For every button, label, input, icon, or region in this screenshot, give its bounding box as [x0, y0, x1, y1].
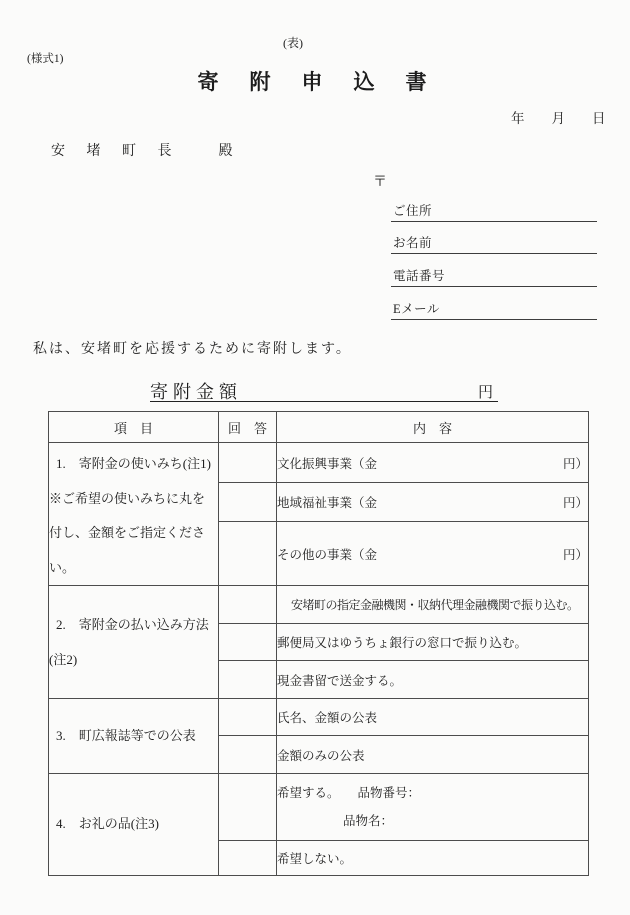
section-1-label-line: ※ご希望の使いみちに丸を	[49, 482, 218, 517]
content-welfare-project: 地域福祉事業（金 円）	[277, 483, 589, 522]
gift-item-name-label: 品物名：	[343, 807, 588, 835]
answer-column-header: 回 答	[219, 412, 277, 443]
date-month-label: 月	[552, 107, 566, 127]
sheet-side-label: (表)	[283, 34, 303, 51]
section-1-label-line: い。	[49, 551, 218, 586]
table-header-row: 項 目 回 答 内 容	[49, 412, 589, 443]
address-field-label: ご住所	[393, 201, 432, 219]
date-day-label: 日	[592, 107, 606, 127]
answer-cell-other-project[interactable]	[219, 522, 277, 586]
phone-field[interactable]: 電話番号	[391, 266, 597, 287]
postal-code-mark: 〒	[373, 171, 387, 191]
answer-cell-welfare-project[interactable]	[219, 483, 277, 522]
form-code-label: (様式1)	[27, 50, 63, 66]
section-1-item-cell: 1. 寄附金の使いみち(注1) ※ご希望の使いみちに丸を 付し、金額をご指定くだ…	[49, 443, 219, 586]
postoffice-transfer-label: 郵便局又はゆうちょ銀行の窓口で振り込む。	[277, 636, 527, 650]
table-row: 1. 寄附金の使いみち(注1) ※ご希望の使いみちに丸を 付し、金額をご指定くだ…	[49, 443, 589, 483]
content-bank-transfer: 安堵町の指定金融機関・収納代理金融機関で振り込む。	[277, 586, 589, 624]
donation-amount-unit: 円	[478, 386, 498, 401]
bank-transfer-label: 安堵町の指定金融機関・収納代理金融機関で振り込む。	[291, 598, 579, 612]
section-2-label-line: (注2)	[49, 642, 218, 677]
culture-amount-blank[interactable]	[377, 454, 563, 468]
donation-amount-field[interactable]: 寄附金額 円	[150, 379, 498, 402]
answer-cell-cash-registered-mail[interactable]	[219, 661, 277, 699]
addressee-line: 安 堵 町 長殿	[51, 140, 233, 160]
content-publish-amount-only: 金額のみの公表	[277, 736, 589, 774]
addressee-honorific: 殿	[219, 144, 233, 159]
answer-cell-gift-no[interactable]	[219, 841, 277, 876]
content-gift-yes: 希望する。品物番号： 品物名：	[277, 774, 589, 841]
cash-registered-mail-label: 現金書留で送金する。	[277, 674, 402, 688]
section-2-label-line: 2. 寄附金の払い込み方法	[49, 607, 218, 642]
table-row: 3. 町広報誌等での公表 氏名、金額の公表	[49, 699, 589, 736]
welfare-amount-unit: 円）	[563, 493, 588, 511]
item-column-header: 項 目	[49, 412, 219, 443]
section-3-label-line: 3. 町広報誌等での公表	[49, 719, 218, 754]
email-field[interactable]: Eメール	[391, 299, 597, 320]
table-row: 2. 寄附金の払い込み方法 (注2) 安堵町の指定金融機関・収納代理金融機関で振…	[49, 586, 589, 624]
content-publish-name-amount: 氏名、金額の公表	[277, 699, 589, 736]
content-gift-no: 希望しない。	[277, 841, 589, 876]
publish-name-amount-label: 氏名、金額の公表	[277, 711, 377, 725]
addressee-name: 安 堵 町 長	[51, 144, 181, 159]
email-field-label: Eメール	[393, 299, 440, 317]
content-postoffice-transfer: 郵便局又はゆうちょ銀行の窓口で振り込む。	[277, 624, 589, 661]
section-2-item-cell: 2. 寄附金の払い込み方法 (注2)	[49, 586, 219, 699]
welfare-amount-blank[interactable]	[377, 493, 563, 507]
section-4-label-line: 4. お礼の品(注3)	[49, 807, 218, 842]
content-cash-registered-mail: 現金書留で送金する。	[277, 661, 589, 699]
phone-field-label: 電話番号	[393, 266, 445, 284]
culture-amount-unit: 円）	[563, 454, 588, 472]
section-3-item-cell: 3. 町広報誌等での公表	[49, 699, 219, 774]
culture-project-label: 文化振興事業（金	[277, 454, 377, 472]
content-other-project: その他の事業（金 円）	[277, 522, 589, 586]
section-1-label-line: 1. 寄附金の使いみち(注1)	[49, 447, 218, 482]
section-1-label-line: 付し、金額をご指定くださ	[49, 516, 218, 551]
address-field[interactable]: ご住所	[391, 201, 597, 222]
welfare-project-label: 地域福祉事業（金	[277, 493, 377, 511]
declaration-text: 私は、安堵町を応援するために寄附します。	[33, 338, 352, 358]
donation-details-table: 項 目 回 答 内 容 1. 寄附金の使いみち(注1) ※ご希望の使いみちに丸を…	[48, 411, 589, 876]
gift-yes-label: 希望する。	[277, 786, 340, 800]
content-culture-project: 文化振興事業（金 円）	[277, 443, 589, 483]
other-amount-blank[interactable]	[377, 545, 563, 559]
donation-application-form: (様式1) (表) 寄附申込書 年 月 日 安 堵 町 長殿 〒 ご住所 お名前…	[0, 0, 630, 915]
donation-amount-label: 寄附金額	[150, 383, 242, 401]
answer-cell-publish-amount-only[interactable]	[219, 736, 277, 774]
answer-cell-postoffice-transfer[interactable]	[219, 624, 277, 661]
gift-item-number-label: 品物番号：	[358, 786, 421, 800]
answer-cell-publish-name-amount[interactable]	[219, 699, 277, 736]
other-project-label: その他の事業（金	[277, 545, 377, 563]
answer-cell-gift-yes[interactable]	[219, 774, 277, 841]
donation-amount-blank[interactable]	[242, 379, 478, 401]
answer-cell-bank-transfer[interactable]	[219, 586, 277, 624]
answer-cell-culture-project[interactable]	[219, 443, 277, 483]
page-title: 寄附申込書	[0, 66, 630, 96]
other-amount-unit: 円）	[563, 545, 588, 563]
name-field[interactable]: お名前	[391, 233, 597, 254]
date-year-label: 年	[511, 107, 525, 127]
content-column-header: 内 容	[277, 412, 589, 443]
gift-no-wish-label: 希望しない。	[277, 852, 352, 866]
date-line: 年 月 日	[511, 107, 606, 127]
table-row: 4. お礼の品(注3) 希望する。品物番号： 品物名：	[49, 774, 589, 841]
publish-amount-only-label: 金額のみの公表	[277, 749, 365, 763]
name-field-label: お名前	[393, 233, 432, 251]
section-4-item-cell: 4. お礼の品(注3)	[49, 774, 219, 876]
